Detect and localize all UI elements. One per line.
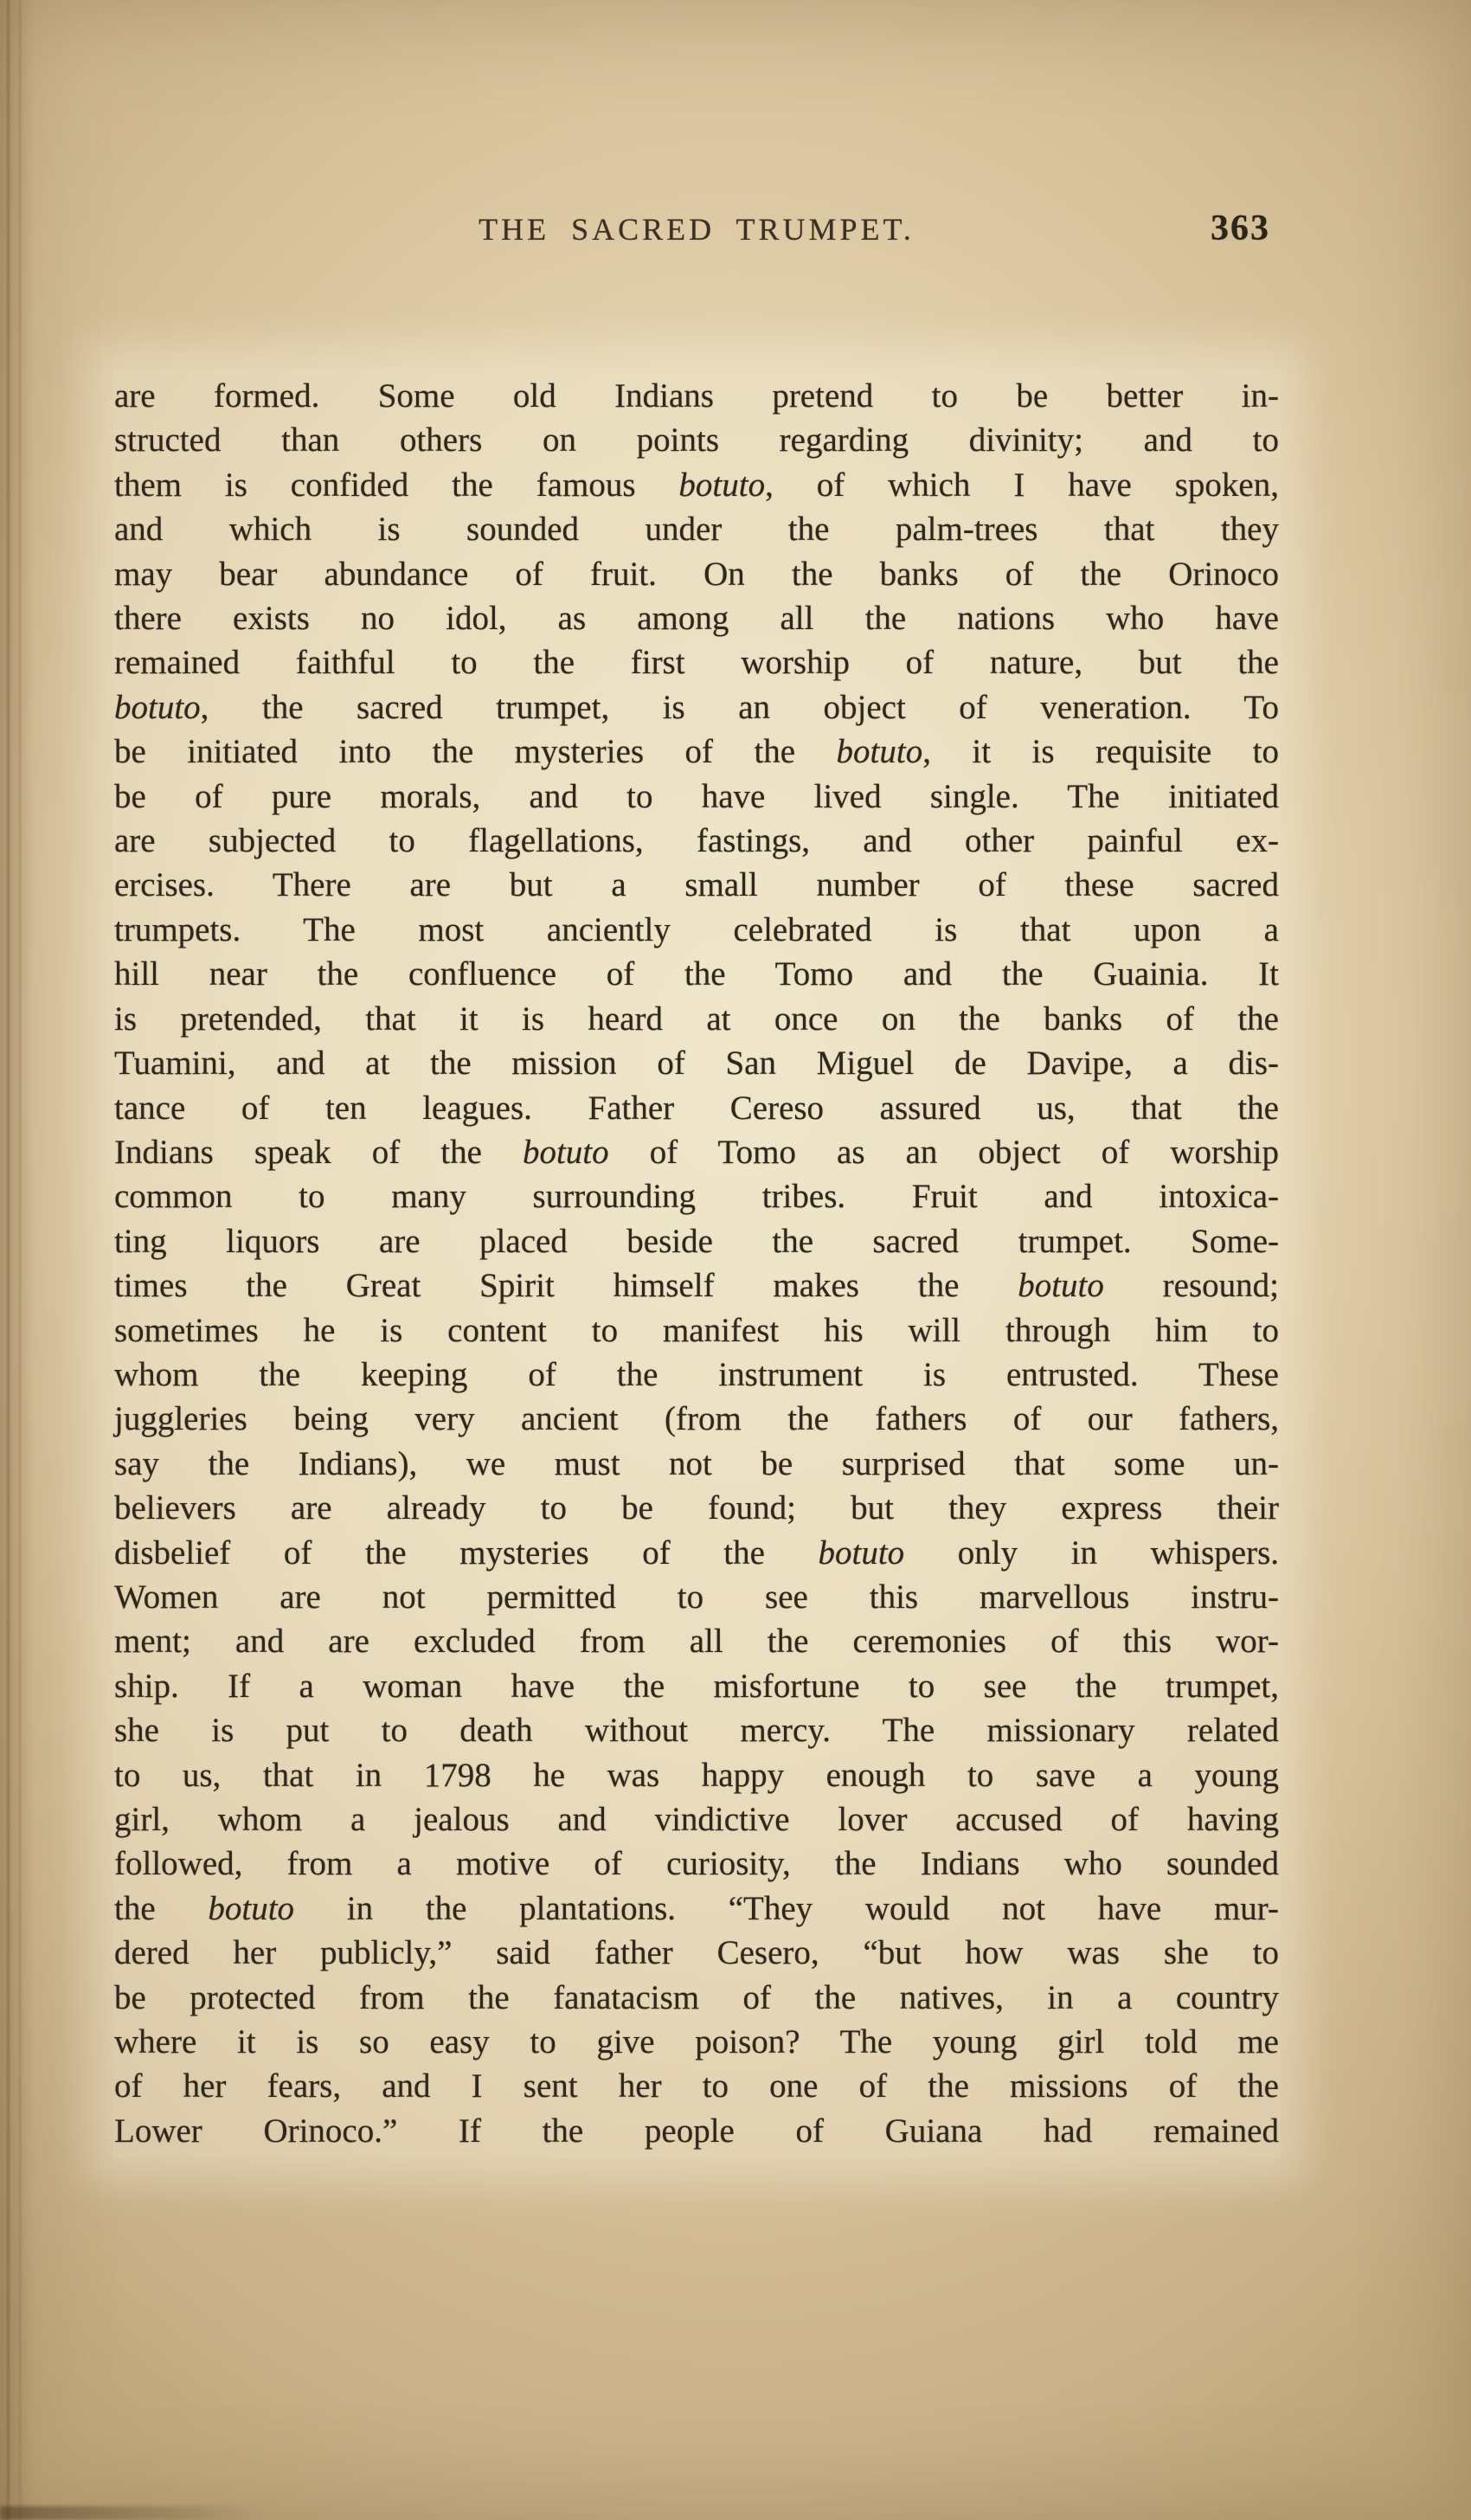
text-line: times the Great Spirit himself makes the… [114, 1263, 1279, 1308]
text-line: be protected from the fanatacism of the … [114, 1976, 1279, 2020]
text-line: there exists no idol, as among all the n… [114, 596, 1279, 640]
bottom-edge-smudge [0, 2506, 260, 2520]
text-line: believers are already to be found; but t… [114, 1486, 1279, 1530]
text-line: ship. If a woman have the misfortune to … [114, 1664, 1279, 1708]
text-line: Lower Orinoco.” If the people of Guiana … [114, 2109, 1279, 2153]
text-line: ting liquors are placed beside the sacre… [114, 1219, 1279, 1263]
text-line: whom the keeping of the instrument is en… [114, 1353, 1279, 1397]
text-line: Women are not permitted to see this marv… [114, 1575, 1279, 1619]
scanned-book-page: THE SACRED TRUMPET. 363 are formed. Some… [0, 0, 1471, 2520]
text-line: sometimes he is content to manifest his … [114, 1308, 1279, 1353]
text-line: trumpets. The most anciently celebrated … [114, 908, 1279, 952]
text-line: may bear abundance of fruit. On the bank… [114, 552, 1279, 596]
text-line: hill near the confluence of the Tomo and… [114, 952, 1279, 996]
page-title: THE SACRED TRUMPET. [112, 211, 1281, 247]
text-line: is pretended, that it is heard at once o… [114, 997, 1279, 1041]
book-gutter-line-inner [19, 0, 21, 2520]
text-line: say the Indians), we must not be surpris… [114, 1442, 1279, 1486]
text-line: tance of ten leagues. Father Cereso assu… [114, 1086, 1279, 1130]
text-line: where it is so easy to give poison? The … [114, 2020, 1279, 2064]
text-line: are formed. Some old Indians pretend to … [114, 374, 1279, 418]
text-line: of her fears, and I sent her to one of t… [114, 2064, 1279, 2108]
text-line: Indians speak of the botuto of Tomo as a… [114, 1130, 1279, 1174]
text-line: botuto, the sacred trumpet, is an object… [114, 685, 1279, 730]
page-body: are formed. Some old Indians pretend to … [112, 369, 1281, 2158]
running-header: THE SACRED TRUMPET. 363 [112, 211, 1281, 249]
text-block: THE SACRED TRUMPET. 363 are formed. Some… [112, 211, 1281, 2158]
page-number: 363 [1211, 208, 1270, 249]
text-line: the botuto in the plantations. “They wou… [114, 1887, 1279, 1931]
text-line: she is put to death without mercy. The m… [114, 1708, 1279, 1752]
text-line: remained faithful to the first worship o… [114, 640, 1279, 685]
text-line: followed, from a motive of curiosity, th… [114, 1842, 1279, 1886]
text-line: Tuamini, and at the mission of San Migue… [114, 1041, 1279, 1085]
text-line: are subjected to flagellations, fastings… [114, 819, 1279, 863]
text-line: to us, that in 1798 he was happy enough … [114, 1753, 1279, 1797]
text-line: disbelief of the mysteries of the botuto… [114, 1531, 1279, 1575]
text-line: common to many surrounding tribes. Fruit… [114, 1174, 1279, 1218]
text-line: and which is sounded under the palm-tree… [114, 507, 1279, 551]
text-line: be initiated into the mysteries of the b… [114, 730, 1279, 774]
text-line: ment; and are excluded from all the cere… [114, 1619, 1279, 1663]
text-line: them is confided the famous botuto, of w… [114, 463, 1279, 507]
text-line: girl, whom a jealous and vindictive love… [114, 1797, 1279, 1842]
text-line: structed than others on points regarding… [114, 418, 1279, 462]
text-line: ercises. There are but a small number of… [114, 863, 1279, 907]
book-gutter-line [7, 0, 10, 2520]
text-line: dered her publicly,” said father Cesero,… [114, 1931, 1279, 1975]
page-edge-shadow [0, 0, 35, 2520]
text-line: be of pure morals, and to have lived sin… [114, 775, 1279, 819]
text-line: juggleries being very ancient (from the … [114, 1397, 1279, 1441]
